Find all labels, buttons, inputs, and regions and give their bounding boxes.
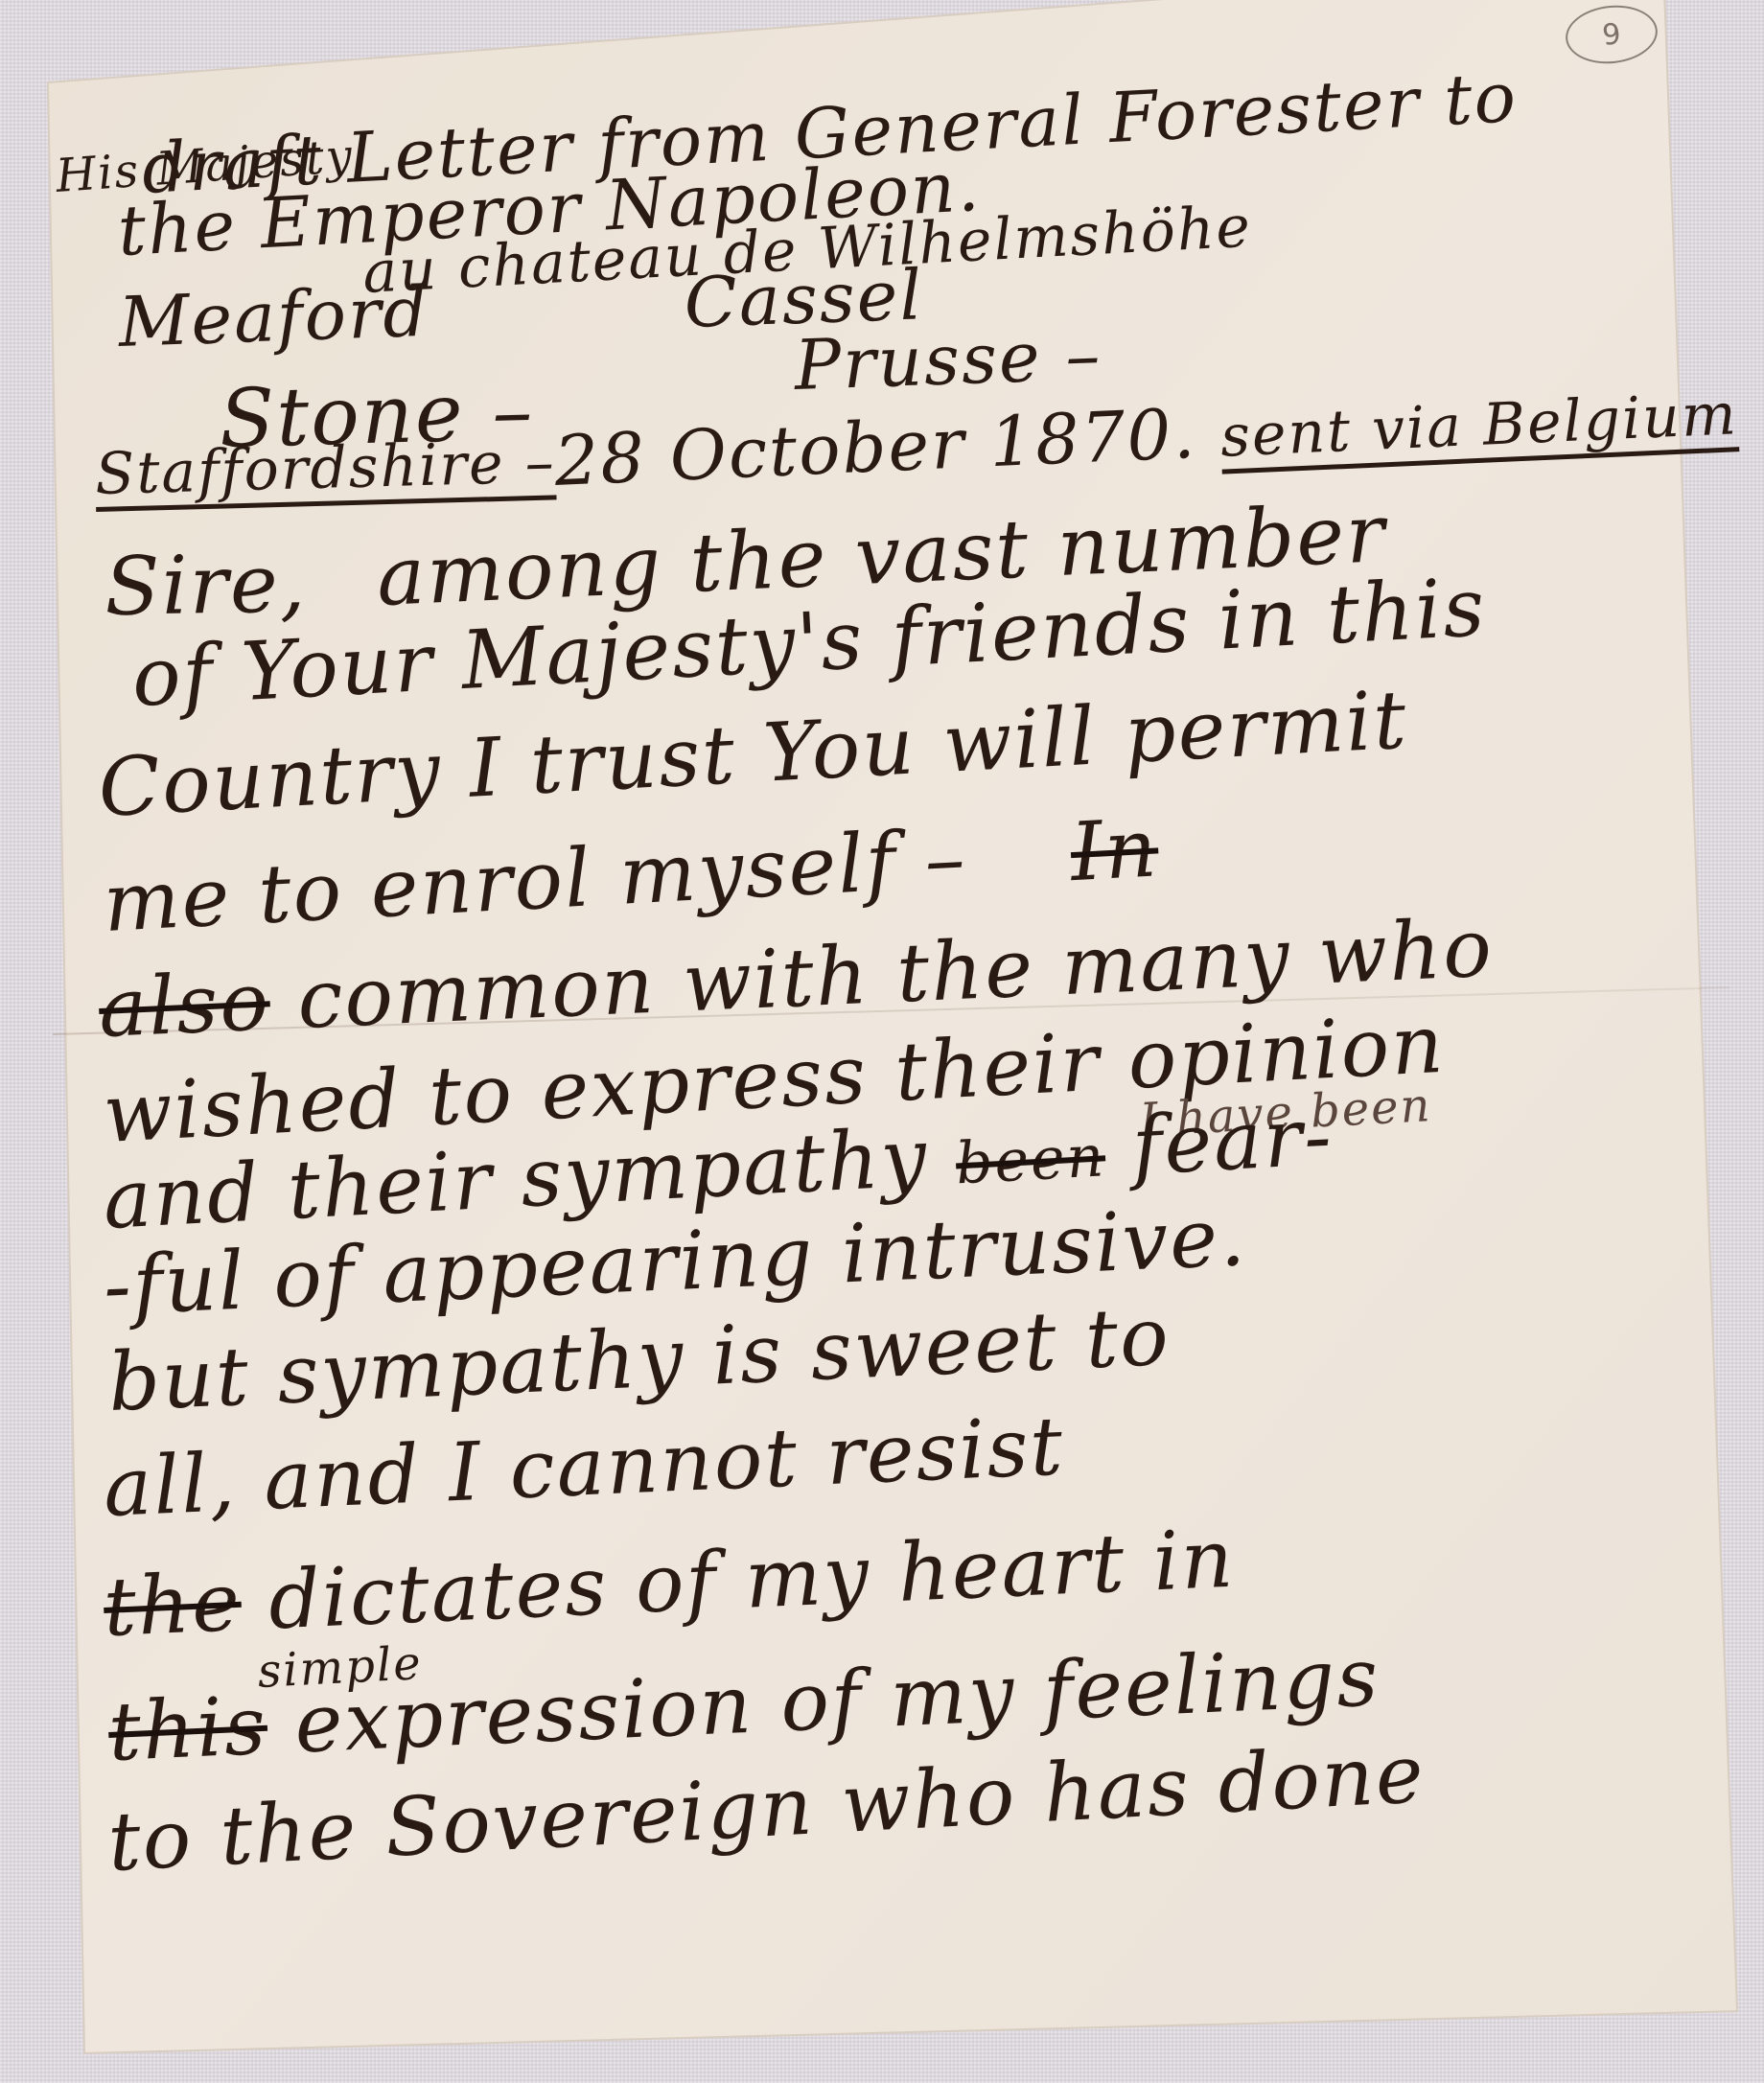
struck-word: this — [106, 1678, 269, 1779]
struck-word: In — [1068, 800, 1160, 899]
sender-house: Meaford — [117, 277, 429, 357]
recipient-country: Prusse – — [793, 320, 1102, 400]
salutation: Sire, — [104, 543, 308, 627]
body-line-7-tail: fear- — [1130, 1089, 1335, 1193]
struck-word: the — [102, 1555, 244, 1655]
photo-stage: 9 His Majesty draft Letter from General … — [0, 0, 1764, 2083]
sender-county: Staffordshire – — [94, 433, 556, 503]
struck-word: also — [97, 954, 272, 1055]
struck-word: been — [954, 1123, 1107, 1197]
